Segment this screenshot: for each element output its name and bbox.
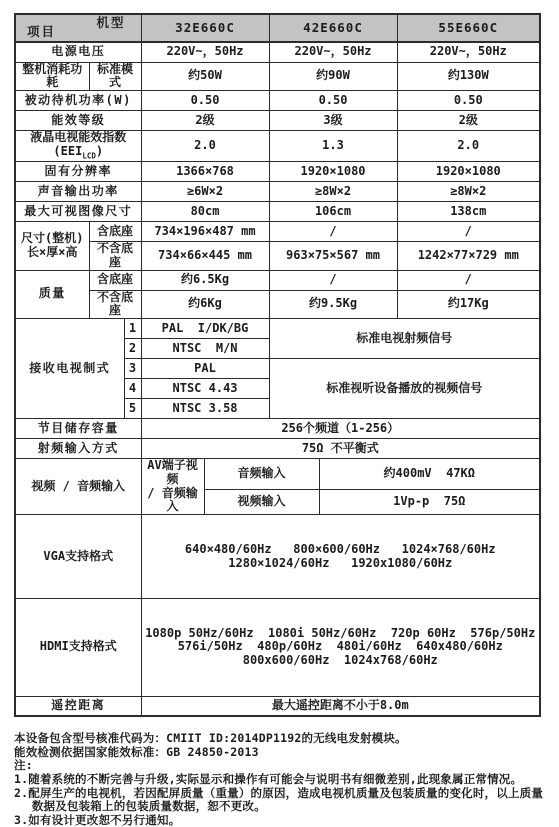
eei-value: 2.0 [141,131,269,162]
tv-system-format: PAL [141,359,269,379]
tv-system-format: NTSC M/N [141,339,269,359]
dimensions-with-value: / [269,221,397,241]
power-voltage-value: 220V~，50Hz [397,42,540,62]
without-stand-label: 不含底座 [89,290,141,319]
weight-with-value: / [269,270,397,290]
resolution-value: 1366×768 [141,161,269,181]
note-3: 3.如有设计更改恕不另行通知。 [14,814,546,827]
row-screen-size: 最大可视图像尺寸 80cm 106cm 138cm [15,201,540,221]
row-dimensions-with-stand: 尺寸(整机)长×厚×高 含底座 734×196×487 mm / / [15,221,540,241]
remote-distance-value: 最大遥控距离不小于8.0m [141,696,540,716]
with-stand-label: 含底座 [89,270,141,290]
row-audio-input: 视频 / 音频输入 AV端子视频/ 音频输入 音频输入 约400mV 47KΩ [15,459,540,490]
sound-output-value: ≥8W×2 [397,181,540,201]
row-dimensions-without-stand: 不含底座 734×66×445 mm 963×75×567 mm 1242×77… [15,241,540,270]
tv-system-num: 3 [124,359,141,379]
weight-without-value: 约17Kg [397,290,540,319]
standby-power-label: 被动待机功率(W) [15,91,141,111]
weight-with-value: 约6.5Kg [141,270,269,290]
consumption-value: 约130W [397,62,540,91]
note-title: 注: [14,759,546,773]
dimensions-without-value: 734×66×445 mm [141,241,269,270]
dimensions-without-value: 1242×77×729 mm [397,241,540,270]
model-header-32: 32E660C [141,14,269,42]
channel-capacity-label: 节目储存容量 [15,419,141,439]
header-row: 机型 项目 32E660C 42E660C 55E660C [15,14,540,42]
power-voltage-value: 220V~，50Hz [269,42,397,62]
row-eei: 液晶电视能效指数(EEILCD) 2.0 1.3 2.0 [15,131,540,162]
dimensions-with-value: 734×196×487 mm [141,221,269,241]
audio-input-value: 约400mV 47KΩ [319,459,540,490]
row-remote-distance: 遥控距离 最大遥控距离不小于8.0m [15,696,540,716]
av-signal-cell: 标准视听设备播放的视频信号 [269,359,540,419]
energy-standard-statement: 能效检测依据国家能效标准：GB 24850-2013 [14,746,546,760]
tv-system-format: PAL I/DK/BG [141,319,269,339]
weight-without-value: 约9.5Kg [269,290,397,319]
dimensions-label: 尺寸(整机)长×厚×高 [15,221,89,270]
row-weight-without-stand: 不含底座 约6Kg 约9.5Kg 约17Kg [15,290,540,319]
tv-system-label: 接收电视制式 [15,319,124,419]
sound-output-label: 声音输出功率 [15,181,141,201]
rf-signal-cell: 标准电视射频信号 [269,319,540,359]
row-sound-output: 声音输出功率 ≥6W×2 ≥8W×2 ≥8W×2 [15,181,540,201]
hdmi-formats-value: 1080p 50Hz/60Hz 1080i 50Hz/60Hz 720p 60H… [141,599,540,697]
video-input-value: 1Vp-p 75Ω [319,489,540,515]
audio-input-label: 音频输入 [204,459,319,490]
screen-size-value: 80cm [141,201,269,221]
tv-system-num: 4 [124,379,141,399]
row-tv-system-1: 接收电视制式 1 PAL I/DK/BG 标准电视射频信号 [15,319,540,339]
weight-without-value: 约6Kg [141,290,269,319]
corner-item-label: 项目 [27,25,56,39]
tv-system-num: 1 [124,319,141,339]
energy-grade-label: 能效等级 [15,111,141,131]
sound-output-value: ≥6W×2 [141,181,269,201]
consumption-value: 约50W [141,62,269,91]
row-power-voltage: 电源电压 220V~，50Hz 220V~，50Hz 220V~，50Hz [15,42,540,62]
footer-notes: 本设备包含型号核准代码为：CMIIT ID:2014DP1192的无线电发射模块… [14,732,546,827]
consumption-value: 约90W [269,62,397,91]
model-header-55: 55E660C [397,14,540,42]
row-rf-input: 射频输入方式 75Ω 不平衡式 [15,439,540,459]
row-hdmi-formats: HDMI支持格式 1080p 50Hz/60Hz 1080i 50Hz/60Hz… [15,599,540,697]
vga-formats-value: 640×480/60Hz 800×600/60Hz 1024×768/60Hz1… [141,515,540,599]
without-stand-label: 不含底座 [89,241,141,270]
row-consumption: 整机消耗功耗 标准模式 约50W 约90W 约130W [15,62,540,91]
energy-grade-value: 2级 [397,111,540,131]
av-input-label: 视频 / 音频输入 [15,459,141,515]
remote-distance-label: 遥控距离 [15,696,141,716]
row-resolution: 固有分辨率 1366×768 1920×1080 1920×1080 [15,161,540,181]
standby-power-value: 0.50 [141,91,269,111]
energy-grade-value: 2级 [141,111,269,131]
screen-size-label: 最大可视图像尺寸 [15,201,141,221]
dimensions-with-value: / [397,221,540,241]
eei-value: 1.3 [269,131,397,162]
tv-system-format: NTSC 3.58 [141,399,269,419]
resolution-value: 1920×1080 [269,161,397,181]
standby-power-value: 0.50 [397,91,540,111]
weight-with-value: / [397,270,540,290]
corner-cell: 机型 项目 [15,14,141,42]
row-channel-capacity: 节目储存容量 256个频道（1-256） [15,419,540,439]
channel-capacity-value: 256个频道（1-256） [141,419,540,439]
tv-system-num: 2 [124,339,141,359]
with-stand-label: 含底座 [89,221,141,241]
model-header-42: 42E660C [269,14,397,42]
note-1: 1.随着系统的不断完善与升级,实际显示和操作有可能会与说明书有细微差别,此现象属… [14,773,546,787]
standby-power-value: 0.50 [269,91,397,111]
row-energy-grade: 能效等级 2级 3级 2级 [15,111,540,131]
consumption-label: 整机消耗功耗 [15,62,89,91]
sound-output-value: ≥8W×2 [269,181,397,201]
eei-value: 2.0 [397,131,540,162]
row-weight-with-stand: 质量 含底座 约6.5Kg / / [15,270,540,290]
rf-input-value: 75Ω 不平衡式 [141,439,540,459]
screen-size-value: 138cm [397,201,540,221]
screen-size-value: 106cm [269,201,397,221]
energy-grade-value: 3级 [269,111,397,131]
weight-label: 质量 [15,270,89,319]
resolution-value: 1920×1080 [397,161,540,181]
dimensions-without-value: 963×75×567 mm [269,241,397,270]
note-2: 2.配屏生产的电视机，若因配屏质量（重量）的原因，造成电视机质量及包装质量的变化… [14,787,546,814]
tv-system-format: NTSC 4.43 [141,379,269,399]
tv-system-num: 5 [124,399,141,419]
power-voltage-label: 电源电压 [15,42,141,62]
video-input-label: 视频输入 [204,489,319,515]
cmiit-statement: 本设备包含型号核准代码为：CMIIT ID:2014DP1192的无线电发射模块… [14,732,546,746]
rf-input-label: 射频输入方式 [15,439,141,459]
resolution-label: 固有分辨率 [15,161,141,181]
spec-table: 机型 项目 32E660C 42E660C 55E660C 电源电压 220V~… [14,13,541,717]
corner-model-label: 机型 [97,16,126,30]
av-connector-label: AV端子视频/ 音频输入 [141,459,204,515]
vga-label: VGA支持格式 [15,515,141,599]
row-vga-formats: VGA支持格式 640×480/60Hz 800×600/60Hz 1024×7… [15,515,540,599]
row-standby-power: 被动待机功率(W) 0.50 0.50 0.50 [15,91,540,111]
eei-label: 液晶电视能效指数(EEILCD) [15,131,141,162]
hdmi-label: HDMI支持格式 [15,599,141,697]
power-voltage-value: 220V~，50Hz [141,42,269,62]
consumption-mode-label: 标准模式 [89,62,141,91]
